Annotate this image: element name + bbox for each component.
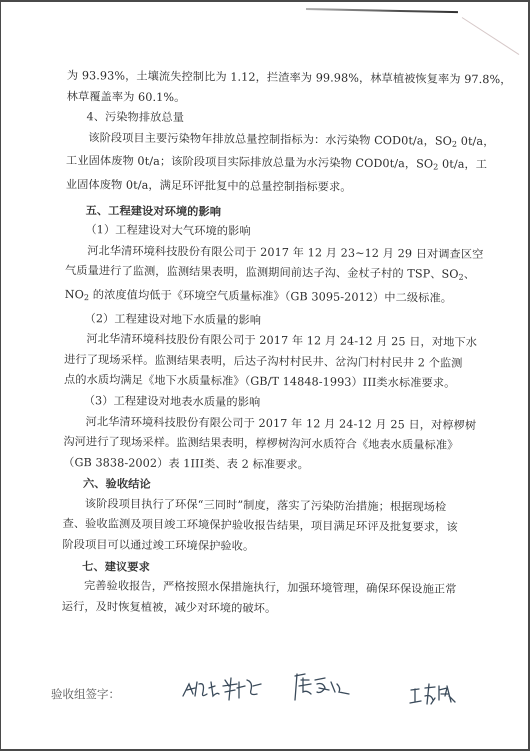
scan-artifact-line [306, 8, 458, 13]
text-run: 气质量进行了监测，监测结果表明，监测期间前达子沟、金杖子村的 TSP、SO [65, 264, 459, 281]
paragraph-line: 气质量进行了监测，监测结果表明，监测期间前达子沟、金杖子村的 TSP、SO2、 [65, 261, 437, 288]
text-run: 、 [464, 268, 475, 281]
handwritten-signature-1 [181, 674, 281, 704]
signature-label: 验收组签字： [51, 686, 120, 702]
text-run: NO [65, 288, 84, 301]
text-run: 的浓度值均低于《环境空气质量标准》（GB 3095-2012）中二级标准。 [89, 288, 452, 304]
document-body: 为 93.93%，土壤流失控制比为 1.12，拦渣率为 99.98%，林草植被恢… [62, 66, 439, 621]
handwritten-signature-2 [291, 670, 351, 704]
subsection-heading-3: （3）工程建设对地表水质量的影响 [64, 391, 436, 415]
handwritten-signature-3 [409, 682, 457, 708]
paragraph-line: 该阶段项目主要污染物年排放总量控制指标为：水污染物 COD0t/a，SO2 0t… [66, 128, 438, 155]
scan-artifact-crease [462, 17, 520, 55]
paragraph-line: NO2 的浓度值均低于《环境空气质量标准》（GB 3095-2012）中二级标准… [65, 285, 437, 312]
text-run: 工业固体废物 0t/a；该阶段项目实际排放总量为水污染物 COD0t/a，SO [66, 154, 433, 171]
text-run: 0t/a，工 [438, 158, 487, 171]
paragraph-line: 业固体废物 0t/a，满足环评批复中的总量控制指标要求。 [66, 175, 438, 199]
paragraph-line: 工业固体废物 0t/a；该阶段项目实际排放总量为水污染物 COD0t/a，SO2… [66, 151, 438, 178]
scanned-document-page: 为 93.93%，土壤流失控制比为 1.12，拦渣率为 99.98%，林草植被恢… [1, 2, 528, 749]
paragraph-line: 运行，及时恢复植被，减少对环境的破坏。 [62, 597, 434, 621]
text-run: 0t/a， [457, 135, 495, 148]
text-run: 该阶段项目主要污染物年排放总量控制指标为：水污染物 COD0t/a，SO [88, 131, 452, 147]
